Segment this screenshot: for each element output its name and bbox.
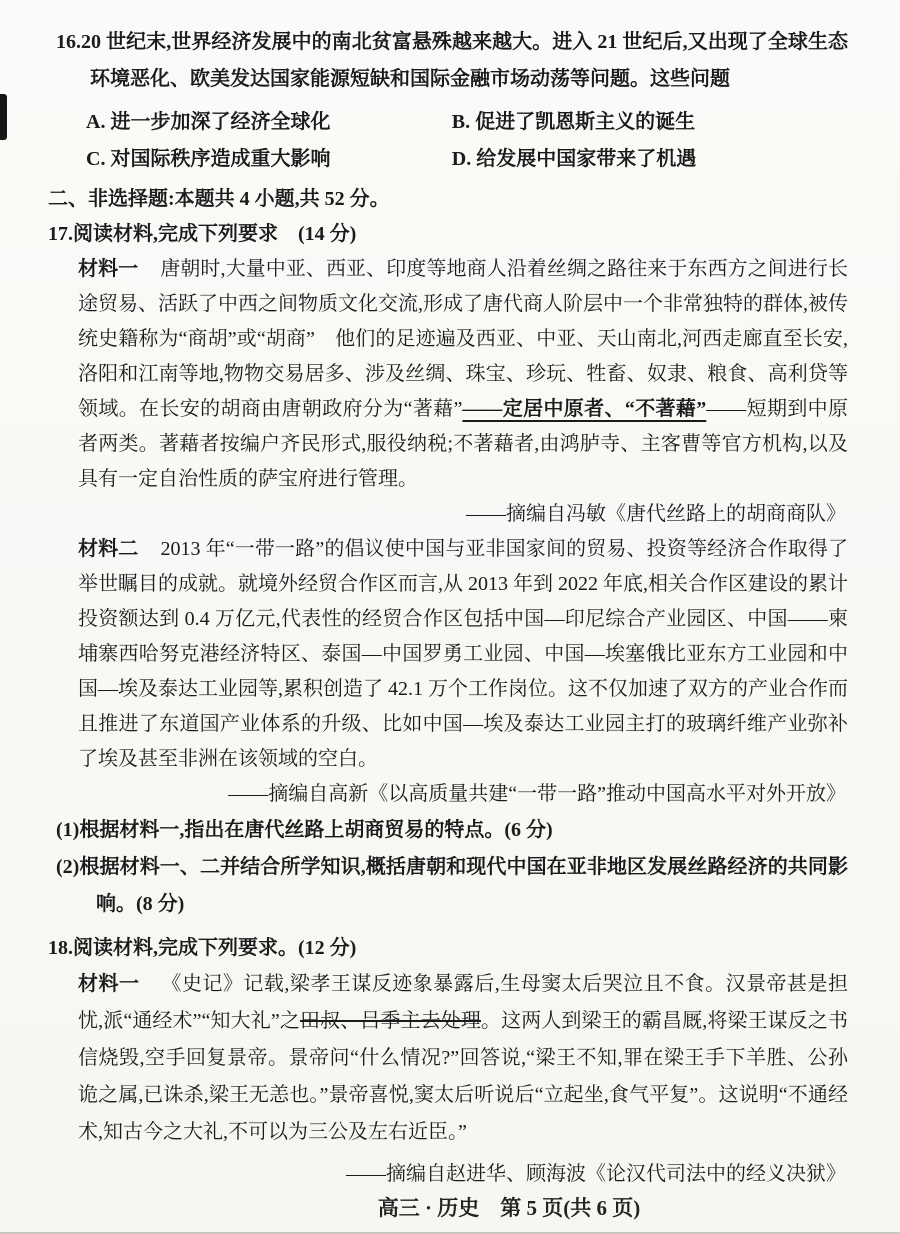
q17-material-2-paragraph: 材料二2013 年“一带一路”的倡议使中国与亚非国家间的贸易、投资等经济合作取得…	[78, 532, 848, 777]
q17-material-1-label: 材料一	[78, 258, 138, 280]
q17-material-2-label: 材料二	[78, 538, 138, 560]
scan-edge-artifact	[0, 94, 7, 140]
option-a-label: A.	[86, 111, 105, 133]
question-16-number: 16.	[56, 31, 81, 53]
q18-material-1-label: 材料一	[78, 973, 139, 995]
option-c-text: 对国际秩序造成重大影响	[110, 148, 330, 170]
q18-material-1-struck-text: 田叔、吕季主去处理	[300, 1010, 481, 1032]
q17-material-2-citation: ——摘编自高新《以高质量共建“一带一路”推动中国高水平对外开放》	[48, 777, 848, 812]
question-16-stem: 16.20 世纪末,世界经济发展中的南北贫富悬殊越来越大。进入 21 世纪后,又…	[56, 24, 848, 98]
q17-material-1-paragraph: 材料一唐朝时,大量中亚、西亚、印度等地商人沿着丝绸之路往来于东西方之间进行长途贸…	[78, 252, 848, 497]
option-b-label: B.	[452, 111, 470, 133]
question-17-sub-2: (2)根据材料一、二并结合所学知识,概括唐朝和现代中国在亚非地区发展丝路经济的共…	[56, 849, 848, 923]
option-d: D. 给发展中国家带来了机遇	[452, 141, 848, 178]
exam-paper-page: 16.20 世纪末,世界经济发展中的南北贫富悬殊越来越大。进入 21 世纪后,又…	[0, 0, 900, 1234]
option-d-label: D.	[452, 148, 471, 170]
q18-material-1-citation: ——摘编自赵进华、顾海波《论汉代司法中的经义决狱》	[48, 1157, 848, 1192]
option-a-text: 进一步加深了经济全球化	[110, 111, 330, 133]
page-footer: 高三 · 历史 第 5 页(共 6 页)	[0, 1192, 900, 1222]
option-c: C. 对国际秩序造成重大影响	[86, 141, 452, 178]
document-body: 16.20 世纪末,世界经济发展中的南北贫富悬殊越来越大。进入 21 世纪后,又…	[48, 24, 848, 1192]
option-b: B. 促进了凯恩斯主义的诞生	[452, 104, 848, 141]
option-b-text: 促进了凯恩斯主义的诞生	[475, 111, 695, 133]
question-17-heading: 17.阅读材料,完成下列要求 (14 分)	[48, 217, 848, 252]
option-c-label: C.	[86, 148, 105, 170]
q17-material-1-underlined-text: ——定居中原者、“不著藉”	[462, 398, 706, 420]
question-16-options: A. 进一步加深了经济全球化 B. 促进了凯恩斯主义的诞生 C. 对国际秩序造成…	[86, 104, 848, 178]
option-d-text: 给发展中国家带来了机遇	[476, 148, 696, 170]
q17-material-1-citation: ——摘编自冯敏《唐代丝路上的胡商商队》	[48, 497, 848, 532]
q18-material-1-paragraph: 材料一《史记》记载,梁孝王谋反迹象暴露后,生母窦太后哭泣且不食。汉景帝甚是担忧,…	[78, 966, 848, 1151]
q17-material-1-text: 唐朝时,大量中亚、西亚、印度等地商人沿着丝绸之路往来于东西方之间进行长途贸易、活…	[78, 258, 848, 420]
question-17-sub-1: (1)根据材料一,指出在唐代丝路上胡商贸易的特点。(6 分)	[56, 812, 848, 849]
question-16-text: 20 世纪末,世界经济发展中的南北贫富悬殊越来越大。进入 21 世纪后,又出现了…	[81, 31, 848, 90]
option-a: A. 进一步加深了经济全球化	[86, 104, 452, 141]
q17-material-2-text: 2013 年“一带一路”的倡议使中国与亚非国家间的贸易、投资等经济合作取得了举世…	[78, 538, 848, 770]
question-18-heading: 18.阅读材料,完成下列要求。(12 分)	[48, 931, 848, 966]
section-2-heading: 二、非选择题:本题共 4 小题,共 52 分。	[48, 182, 848, 217]
